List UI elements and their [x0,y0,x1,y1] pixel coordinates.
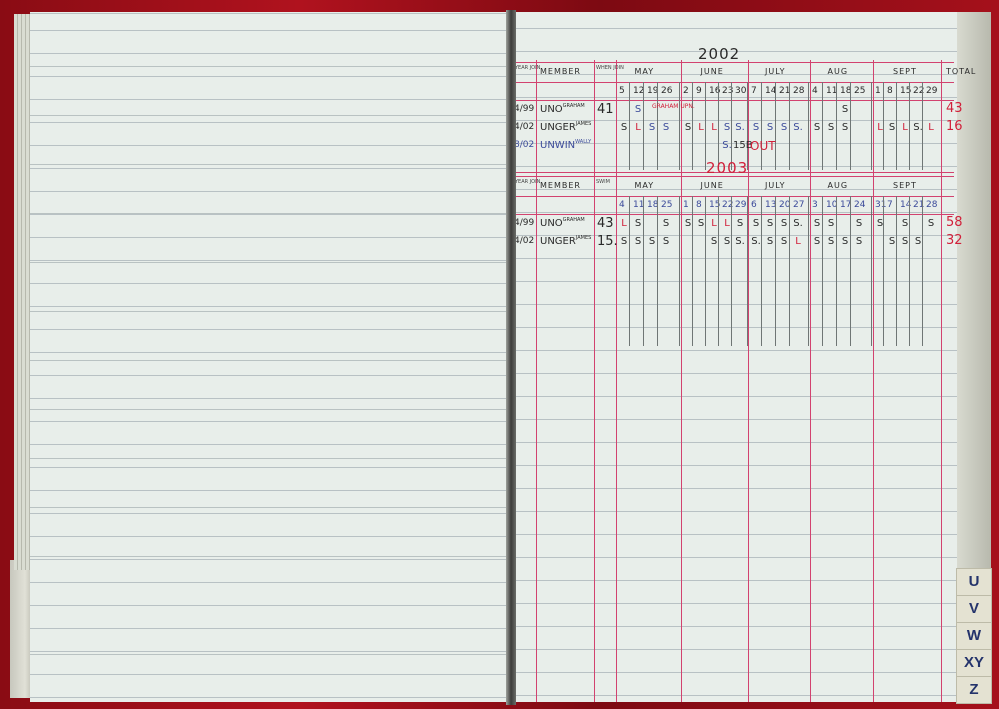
header-rule [514,100,954,101]
date-header: 6 [751,200,757,210]
month-header: MAY [635,67,655,76]
date-header: 7 [887,200,893,210]
attendance-mark: S [720,122,734,133]
year-heading: 2003 [706,159,748,177]
date-header: 25 [661,200,672,210]
row-member-surname: UNWINWALLY [540,140,591,151]
row-total: 16 [946,119,963,134]
month-header: SEPT [893,67,917,76]
index-tab-u[interactable]: U [956,568,992,596]
row-member-surname: UNGERJAMES [540,122,591,133]
attendance-mark: S [659,122,673,133]
attendance-mark: S [631,104,645,115]
attendance-mark: L [924,122,938,133]
attendance-mark: S [777,218,791,229]
index-tab-xy[interactable]: XY [956,649,992,677]
date-header: 28 [793,86,804,96]
total-header: TOTAL [946,67,976,76]
date-header: 3 [812,200,818,210]
attendance-mark: S. [791,122,805,133]
date-header: 2 [683,86,689,96]
year-heading: 2002 [698,45,740,63]
date-header: 8 [887,86,893,96]
date-header: 26 [661,86,672,96]
row-year-joined: 4/99 [514,104,534,114]
month-header: SEPT [893,181,917,190]
row-total: 43 [946,101,963,116]
attendance-mark: S [810,236,824,247]
date-header: 29 [735,200,746,210]
attendance-mark: L [617,218,631,229]
red-column-rule [594,60,595,702]
attendance-mark: S. [749,236,763,247]
date-header: 4 [619,200,625,210]
header-rule [514,214,954,215]
attendance-mark: S [631,218,645,229]
date-header: 5 [619,86,625,96]
pencil-column-rule [871,196,872,346]
attendance-mark: S [810,122,824,133]
month-header: JUNE [701,181,724,190]
attendance-mark: S [617,122,631,133]
when-join-header: SWIM [596,179,616,185]
member-header: MEMBER [540,181,581,190]
date-header: 25 [854,86,865,96]
attendance-mark: S [777,236,791,247]
year-join-header: YEAR JOIN [515,179,535,185]
attendance-mark: S [733,218,747,229]
pencil-column-rule [896,196,897,346]
attendance-mark: L [707,122,721,133]
attendance-mark: S. [791,218,805,229]
month-header: JULY [765,181,786,190]
month-header: MAY [635,181,655,190]
date-header: 1 [875,86,881,96]
attendance-mark: S [838,236,852,247]
attendance-mark: L [791,236,805,247]
red-column-rule [681,60,682,702]
red-column-rule [873,60,874,702]
header-rule [514,176,954,177]
row-year-joined: 4/02 [514,122,534,132]
attendance-mark: S [659,218,673,229]
row-member-firstname: JAMES [576,121,591,127]
attendance-mark: S [707,236,721,247]
pencil-column-rule [808,82,809,170]
row-member-firstname: GRAHAM [563,103,585,109]
attendance-mark: S [810,218,824,229]
attendance-mark: S [873,218,887,229]
pencil-column-rule [657,196,658,346]
red-column-rule [941,60,942,702]
attendance-mark: S [777,122,791,133]
pencil-column-rule [850,196,851,346]
date-header: 31 [875,200,886,210]
attendance-mark: S [911,236,925,247]
attendance-mark: S [924,218,938,229]
date-header: 7 [751,86,757,96]
month-header: AUG [828,181,849,190]
row-note: GRAHAM UPN. [652,104,695,110]
attendance-mark: S [852,236,866,247]
row-note: OUT [750,139,776,153]
year-join-header: YEAR JOIN [515,65,535,71]
date-header: 30 [735,86,746,96]
red-column-rule [536,60,537,702]
left-page [30,12,508,702]
attendance-mark: S [838,122,852,133]
date-header: 4 [812,86,818,96]
attendance-mark: S [749,122,763,133]
red-column-rule [748,60,749,702]
month-header: JULY [765,67,786,76]
row-member-surname: UNGERJAMES [540,236,591,247]
attendance-mark: 15B [733,140,747,151]
red-column-rule [616,60,617,702]
attendance-mark: S [763,122,777,133]
book-gutter [506,10,516,705]
attendance-mark: S [824,122,838,133]
row-when-joined: 41 [597,102,614,117]
red-column-rule [810,60,811,702]
month-header: JUNE [701,67,724,76]
attendance-mark: S. [911,122,925,133]
index-tab-z[interactable]: Z [956,676,992,704]
pencil-column-rule [922,196,923,346]
header-rule [514,196,954,197]
when-join-header: WHEN JOIN [596,65,616,71]
attendance-mark: S [885,122,899,133]
pencil-column-rule [679,82,680,170]
attendance-mark: L [631,122,645,133]
attendance-mark: S [838,104,852,115]
row-when-joined: 15. [597,234,618,249]
date-header: 1 [683,200,689,210]
attendance-mark: L [720,218,734,229]
row-member-surname: UNOGRAHAM [540,104,585,115]
attendance-mark: S [824,236,838,247]
row-member-firstname: WALLY [575,139,591,145]
date-header: 28 [926,200,937,210]
right-page-edge [957,12,991,568]
alphabet-index-tabs: UVWXYZ [956,568,990,706]
attendance-mark: S [898,236,912,247]
row-member-firstname: GRAHAM [563,217,585,223]
attendance-mark: S [885,236,899,247]
attendance-mark: S [645,236,659,247]
attendance-mark: L [707,218,721,229]
attendance-mark: S [749,218,763,229]
right-page: 2002YEAR JOINMEMBERWHEN JOINTOTALMAY5121… [514,12,957,702]
attendance-mark: S. [733,236,747,247]
attendance-mark: S [631,236,645,247]
row-year-joined: 8/02 [514,140,534,150]
row-member-firstname: JAMES [576,235,591,241]
header-rule [514,62,954,63]
row-when-joined: 43 [597,216,614,231]
row-member-surname: UNOGRAHAM [540,218,585,229]
attendance-mark: S [617,236,631,247]
row-year-joined: 4/02 [514,236,534,246]
date-header: 27 [793,200,804,210]
date-header: 9 [696,86,702,96]
date-header: 29 [926,86,937,96]
attendance-mark: L [694,122,708,133]
attendance-mark: S [898,218,912,229]
attendance-mark: S [763,218,777,229]
pencil-column-rule [679,196,680,346]
attendance-mark: S. [733,122,747,133]
attendance-mark: S [681,218,695,229]
attendance-mark: S [659,236,673,247]
pencil-column-rule [871,82,872,170]
member-header: MEMBER [540,67,581,76]
row-total: 32 [946,233,963,248]
left-page-rules [30,12,508,702]
row-year-joined: 4/99 [514,218,534,228]
pencil-column-rule [747,82,748,170]
date-header: 24 [854,200,865,210]
row-total: 58 [946,215,963,230]
attendance-mark: S [852,218,866,229]
pencil-column-rule [808,196,809,346]
right-page-rules [514,12,957,702]
month-header: AUG [828,67,849,76]
index-tab-w[interactable]: W [956,622,992,650]
date-header: 8 [696,200,702,210]
attendance-mark: S [824,218,838,229]
attendance-mark: S [694,218,708,229]
attendance-mark: S [720,236,734,247]
attendance-mark: S [645,122,659,133]
attendance-mark: S. [720,140,734,151]
pencil-column-rule [747,196,748,346]
attendance-mark: S [763,236,777,247]
attendance-mark: S [681,122,695,133]
attendance-mark: L [898,122,912,133]
header-rule [514,82,954,83]
index-tab-v[interactable]: V [956,595,992,623]
